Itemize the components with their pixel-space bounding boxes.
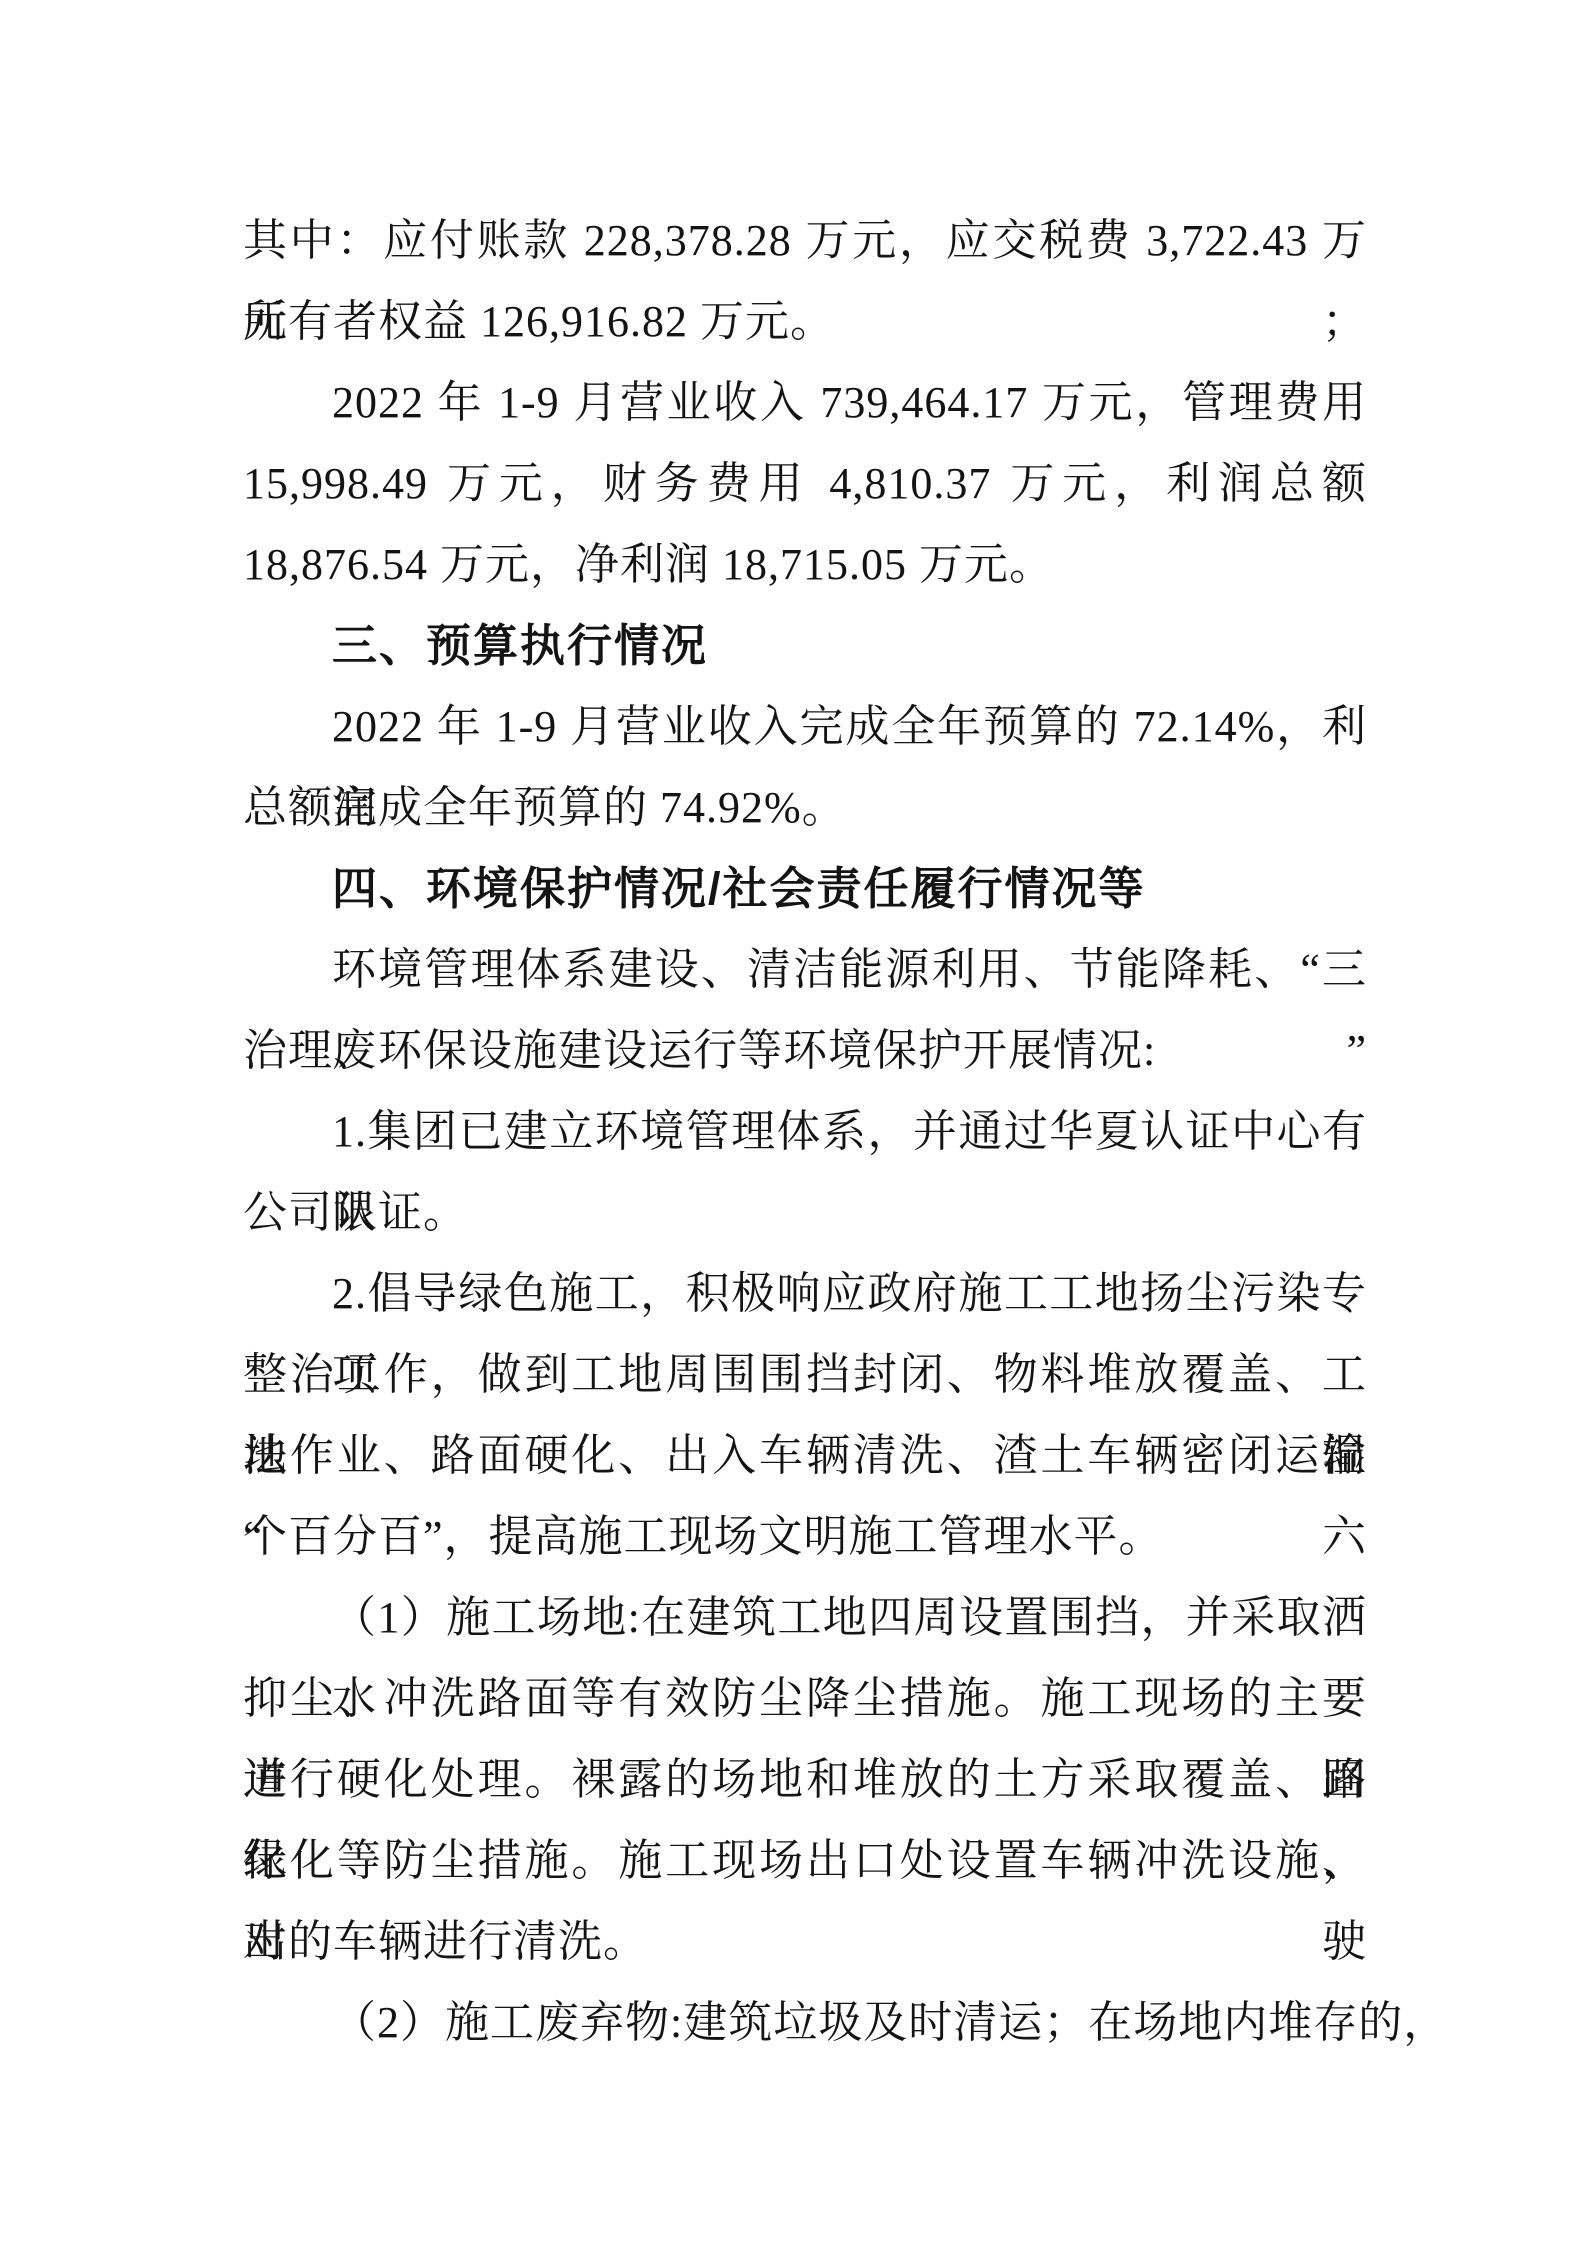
text-line: 进行硬化处理。裸露的场地和堆放的土方采取覆盖、固化、	[243, 1739, 1367, 1820]
text-line: 环境管理体系建设、清洁能源利用、节能降耗、“三废”	[243, 929, 1367, 1010]
document-body: 其中：应付账款 228,378.28 万元，应交税费 3,722.43 万元；所…	[243, 200, 1367, 2063]
text-line: 总额完成全年预算的 74.92%。	[243, 767, 1367, 848]
text-line: 抑尘、冲洗路面等有效防尘降尘措施。施工现场的主要道路	[243, 1658, 1367, 1739]
text-line: 15,998.49 万元，财务费用 4,810.37 万元，利润总额	[243, 443, 1367, 524]
text-line: 18,876.54 万元，净利润 18,715.05 万元。	[243, 524, 1367, 605]
section-heading: 四、环境保护情况/社会责任履行情况等	[243, 848, 1367, 929]
text-line: 绿化等防尘措施。施工现场出口处设置车辆冲洗设施，对驶	[243, 1820, 1367, 1901]
text-line: （1）施工场地:在建筑工地四周设置围挡，并采取洒水	[243, 1577, 1367, 1658]
document-page: 其中：应付账款 228,378.28 万元，应交税费 3,722.43 万元；所…	[0, 0, 1587, 2245]
text-line: 其中：应付账款 228,378.28 万元，应交税费 3,722.43 万元；	[243, 200, 1367, 281]
text-line: （2）施工废弃物:建筑垃圾及时清运；在场地内堆存的，	[243, 1982, 1367, 2063]
section-heading: 三、预算执行情况	[243, 605, 1367, 686]
text-line: 1.集团已建立环境管理体系，并通过华夏认证中心有限	[243, 1091, 1367, 1172]
text-line: 2022 年 1-9 月营业收入 739,464.17 万元，管理费用	[243, 362, 1367, 443]
text-line: 2.倡导绿色施工，积极响应政府施工工地扬尘污染专项	[243, 1253, 1367, 1334]
text-line: 整治工作，做到工地周围围挡封闭、物料堆放覆盖、工地湿	[243, 1334, 1367, 1415]
text-line: 法作业、路面硬化、出入车辆清洗、渣土车辆密闭运输“六	[243, 1415, 1367, 1496]
text-line: 公司认证。	[243, 1172, 1367, 1253]
text-line: 2022 年 1-9 月营业收入完成全年预算的 72.14%，利润	[243, 686, 1367, 767]
